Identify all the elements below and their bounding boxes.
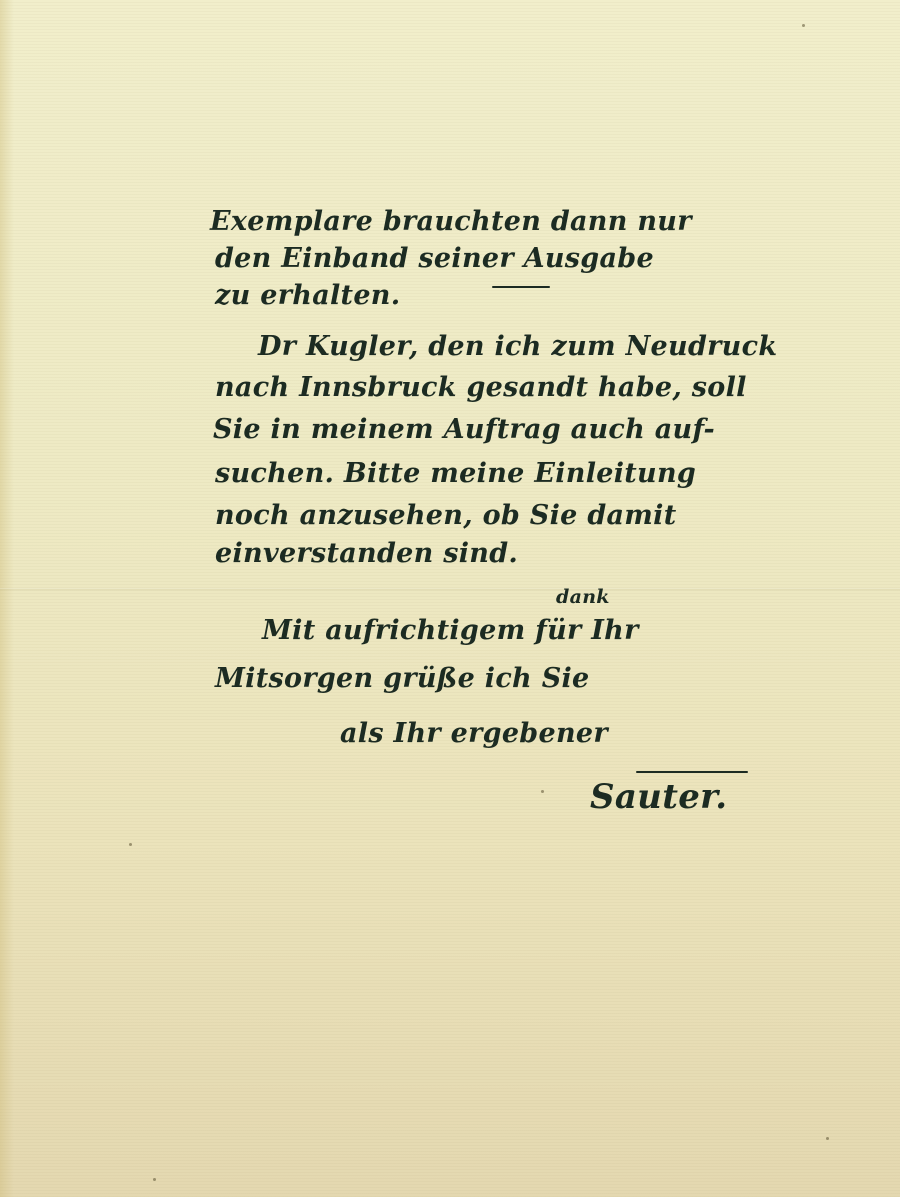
paper-speck bbox=[826, 1137, 829, 1140]
signature-overline bbox=[636, 771, 748, 773]
letter-line-8: noch anzusehen, ob Sie damit bbox=[215, 502, 677, 529]
letter-line-2: den Einband seiner Ausgabe bbox=[215, 245, 654, 272]
inserted-word: dank bbox=[556, 588, 610, 607]
paper-speck bbox=[541, 790, 544, 793]
letter-line-11: Mitsorgen grüße ich Sie bbox=[215, 665, 590, 692]
paper-fold-line bbox=[0, 588, 900, 591]
paper-speck bbox=[802, 24, 805, 27]
letter-line-1: Exemplare brauchten dann nur bbox=[210, 208, 692, 235]
letter-line-3: zu erhalten. bbox=[215, 282, 400, 309]
letter-line-7: suchen. Bitte meine Einleitung bbox=[215, 460, 696, 487]
letter-line-4: Dr Kugler, den ich zum Neudruck bbox=[258, 333, 777, 360]
letter-line-5: nach Innsbruck gesandt habe, soll bbox=[215, 374, 747, 401]
letter-page: Exemplare brauchten dann nur den Einband… bbox=[0, 0, 900, 1197]
letter-line-9: einverstanden sind. bbox=[215, 540, 518, 567]
letter-line-10: Mit aufrichtigem für Ihr bbox=[262, 617, 639, 644]
paper-speck bbox=[129, 843, 132, 846]
paper-speck bbox=[153, 1178, 156, 1181]
underline-mark bbox=[492, 286, 550, 288]
signature: Sauter. bbox=[590, 780, 727, 814]
letter-line-12: als Ihr ergebener bbox=[340, 720, 608, 747]
letter-line-6: Sie in meinem Auftrag auch auf- bbox=[213, 416, 715, 443]
